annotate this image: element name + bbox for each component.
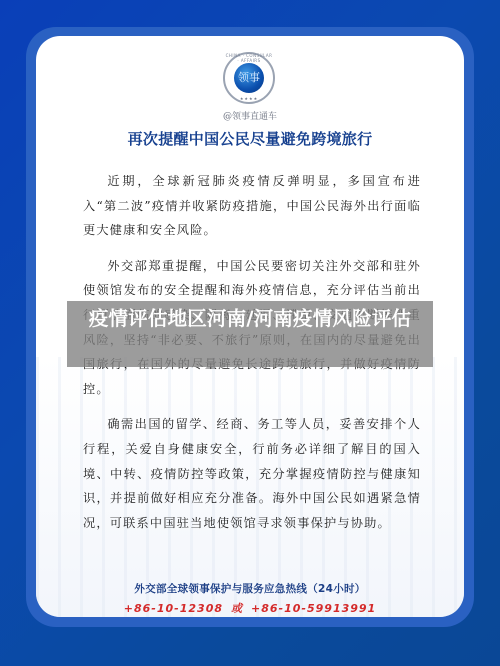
emblem-ring-text: CHINA · CONSULAR · AFFAIRS	[225, 53, 273, 63]
hotline-number-1: +86-10-12308	[124, 602, 223, 615]
hotline-separator: 或	[231, 602, 243, 615]
consular-affairs-emblem-icon: CHINA · CONSULAR · AFFAIRS 领事 ★★★★	[223, 52, 275, 104]
source-label: @领事直通车	[36, 109, 464, 122]
hotline-number-2: +86-10-59913991	[251, 602, 376, 615]
overlay-caption: 疫情评估地区河南/河南疫情风险评估	[67, 306, 433, 332]
emblem-stars: ★★★★	[225, 96, 273, 101]
emblem-center: 领事	[234, 63, 264, 93]
hotline-numbers: +86-10-12308或+86-10-59913991	[36, 600, 464, 616]
caption-overlay: 疫情评估地区河南/河南疫情风险评估	[67, 301, 433, 367]
poster-title: 再次提醒中国公民尽量避免跨境旅行	[36, 128, 464, 149]
hotline-title: 外交部全球领事保护与服务应急热线（24小时）	[36, 581, 464, 596]
paragraph-3: 确需出国的留学、经商、务工等人员，妥善安排个人行程，关爱自身健康安全，行前务必详…	[83, 412, 421, 535]
paragraph-1: 近期，全球新冠肺炎疫情反弹明显，多国宣布进入“第二波”疫情并收紧防疫措施，中国公…	[83, 169, 421, 243]
